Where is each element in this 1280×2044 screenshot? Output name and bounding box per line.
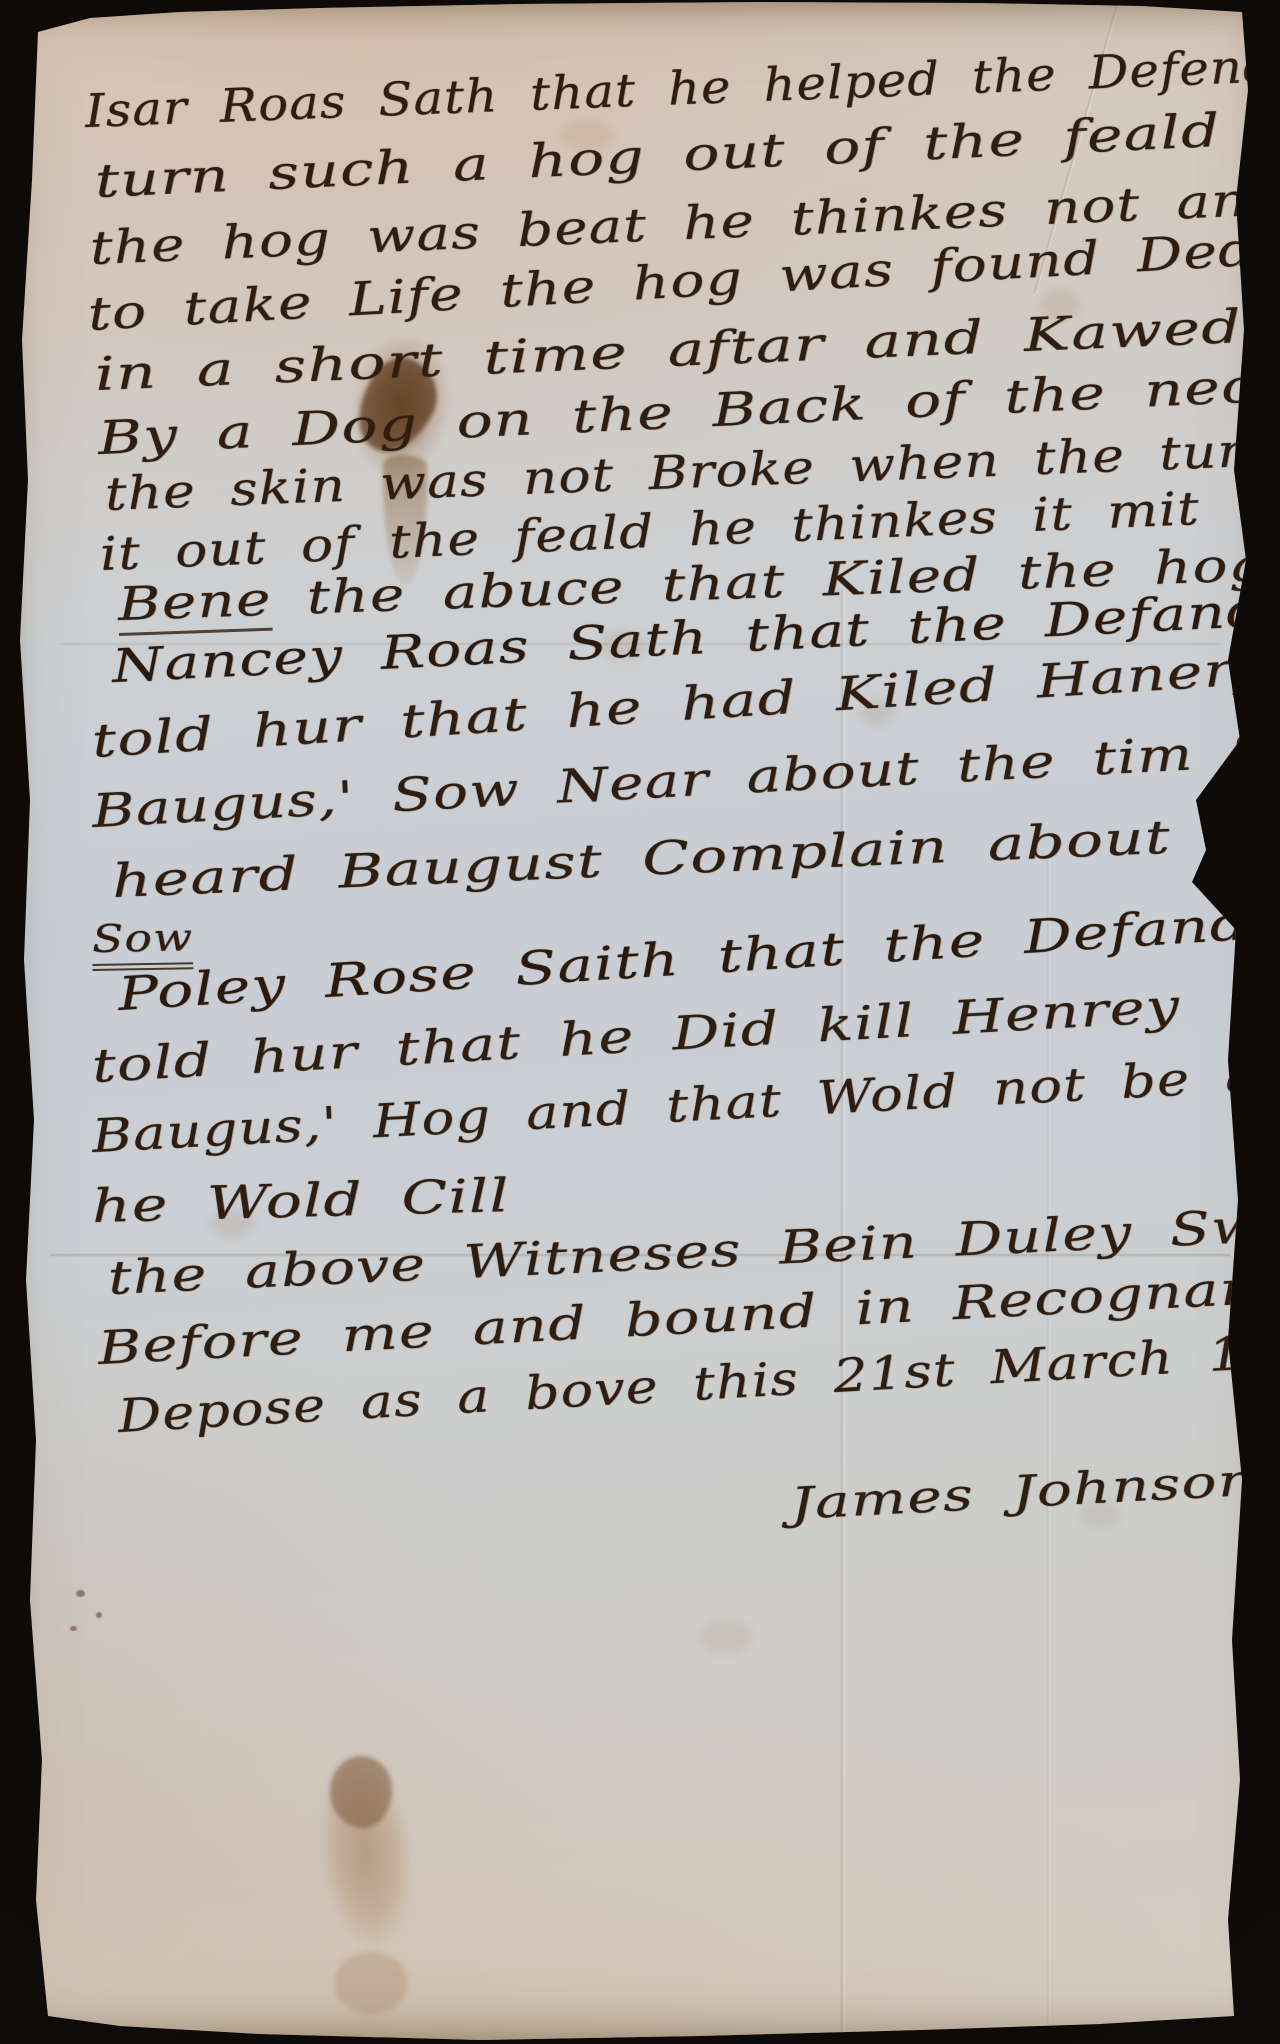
stain-lower-drip — [334, 1952, 408, 2014]
signature-text: James Johnson — [789, 1455, 1258, 1530]
ink-speck — [96, 1612, 102, 1618]
signature-line: James Johnson — [788, 1435, 1280, 1530]
paper-sheet: Isar Roas Sath that he helped the Defend… — [0, 0, 1280, 2044]
ink-speck — [76, 1590, 85, 1597]
stain-lower — [300, 1751, 436, 2001]
foxing-spot — [700, 1620, 752, 1654]
stain-lower-core — [330, 1756, 392, 1828]
signature-flourish-icon — [1267, 1435, 1280, 1487]
ink-speck — [70, 1626, 77, 1631]
document-photo: Isar Roas Sath that he helped the Defend… — [0, 0, 1280, 2044]
handwriting-line: Sow — [92, 916, 194, 961]
underlined-word: Bene — [117, 572, 273, 636]
handwriting-line: he Wold Cill — [91, 1169, 510, 1233]
